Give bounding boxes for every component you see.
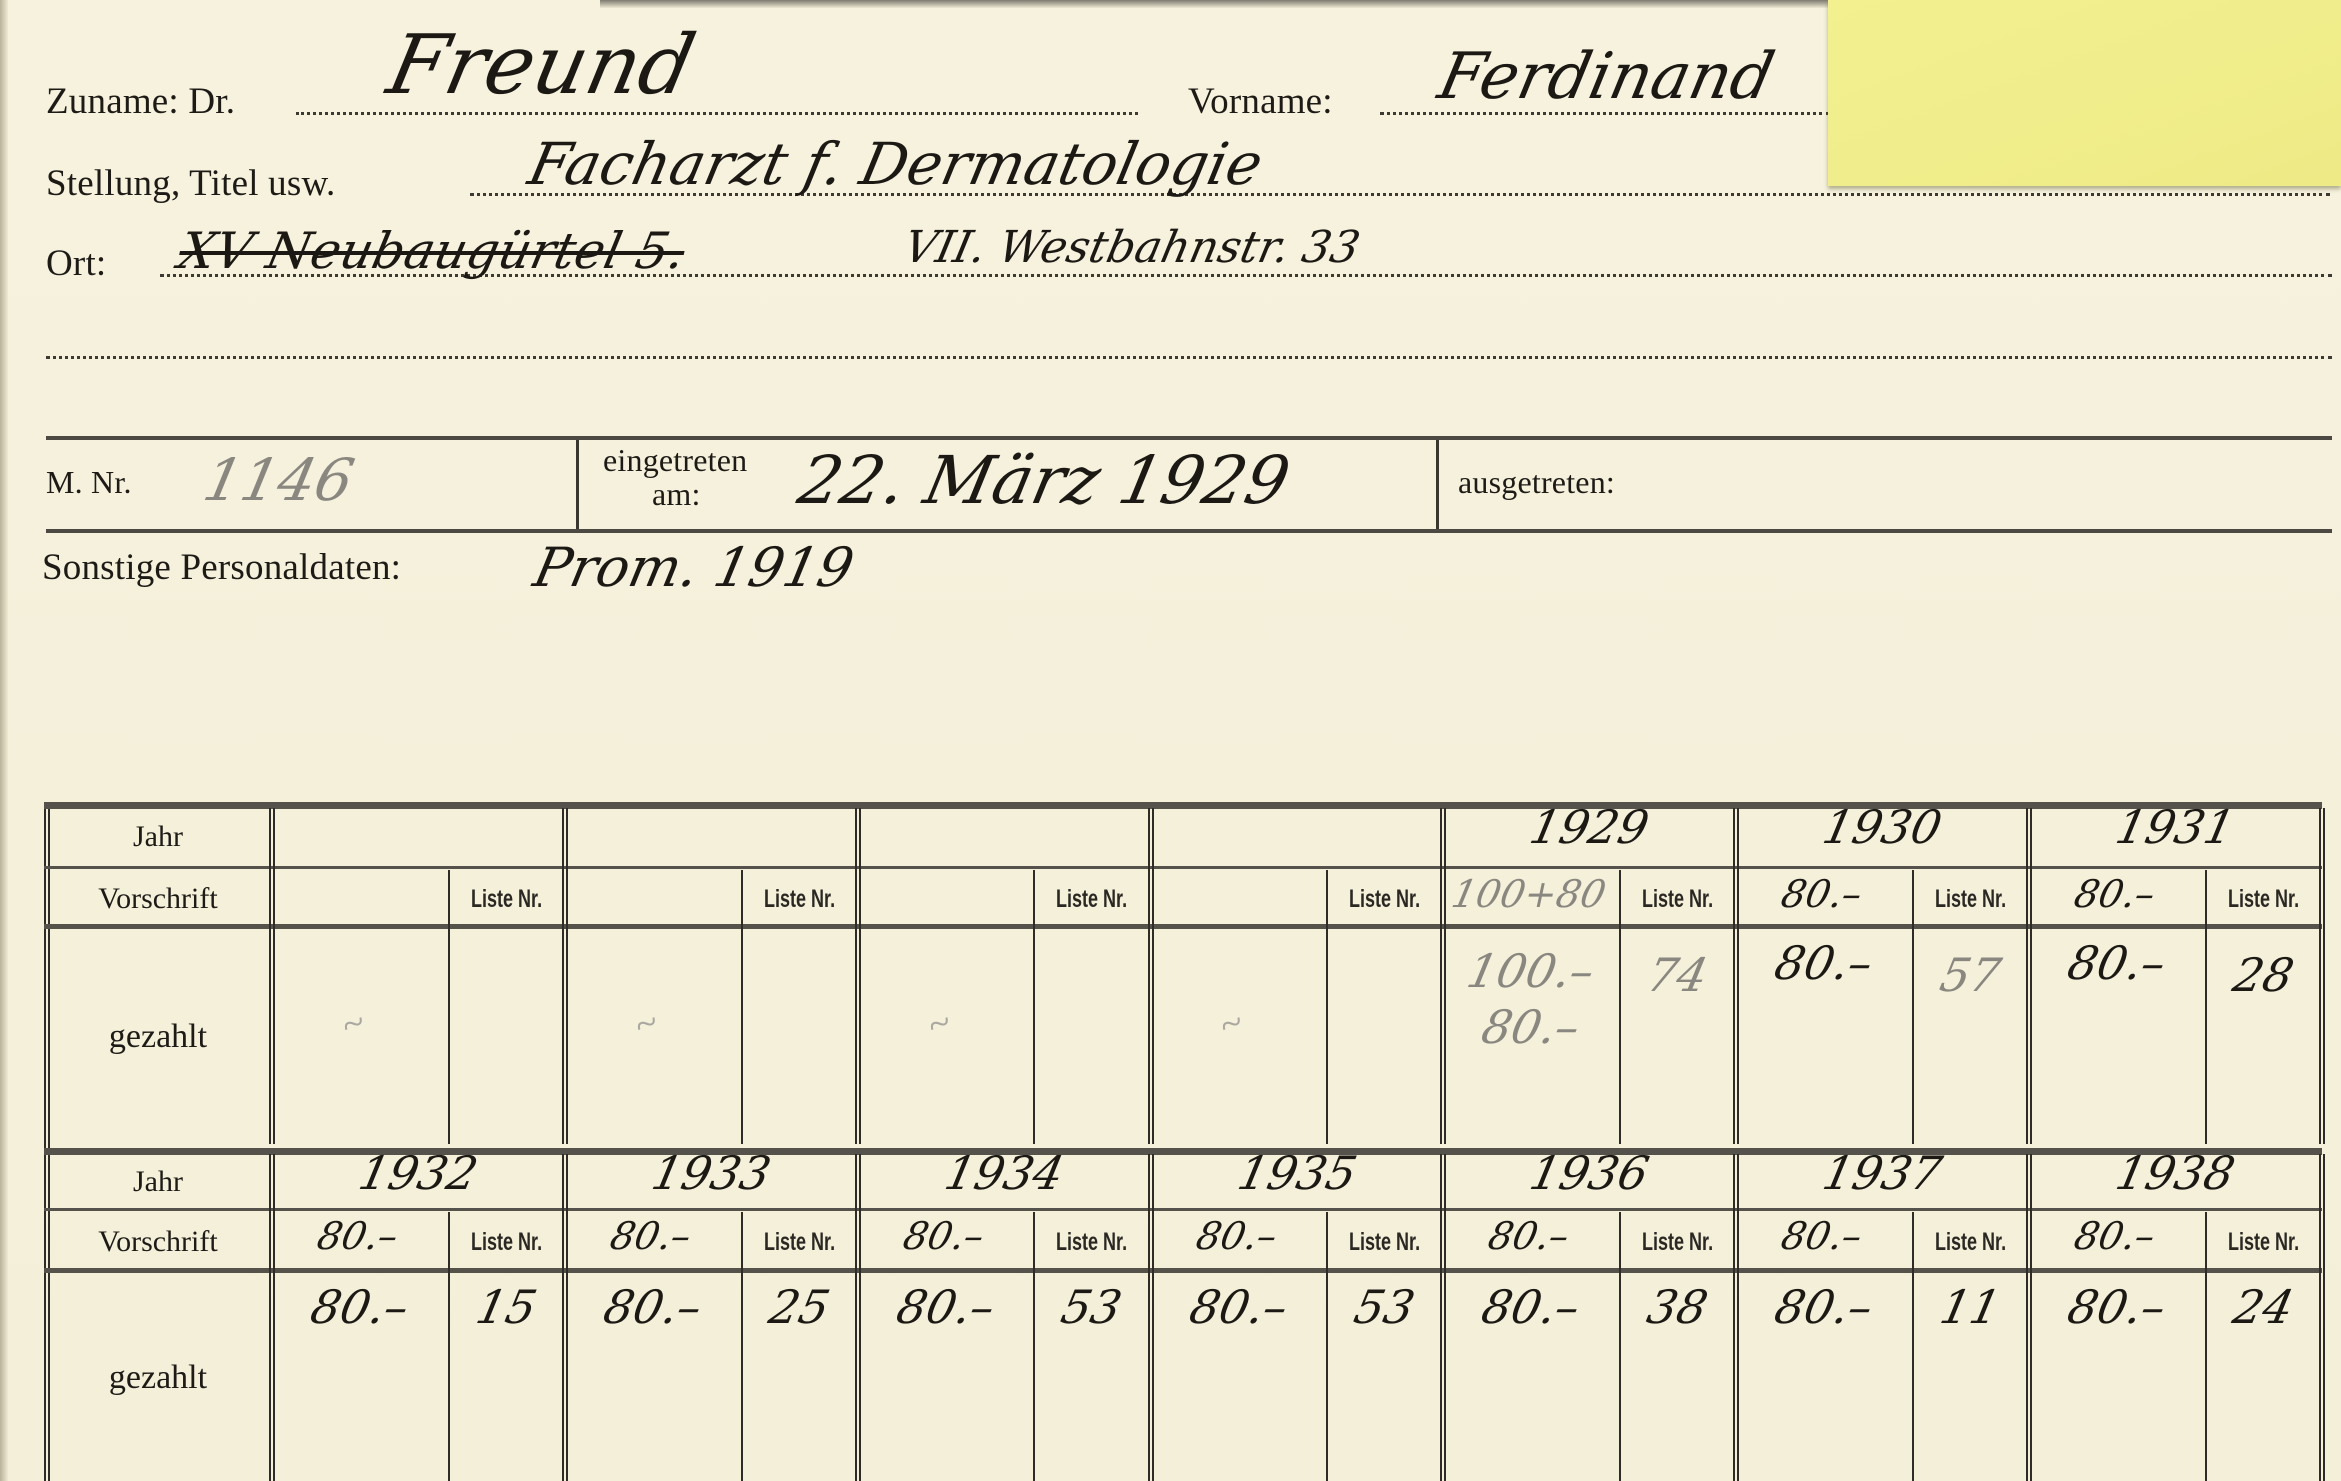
block-1-sub-divider (1033, 870, 1035, 1144)
list-number-1933: 25 (735, 1280, 864, 1334)
block-2-requirement-label: Vorschrift (44, 1212, 272, 1272)
requirement-1936: 80.– (1447, 1214, 1612, 1258)
block-1-requirement-label: Vorschrift (44, 870, 272, 928)
membership-top-rule (46, 436, 2332, 440)
block-1-col-divider (562, 808, 568, 1144)
membership-divider-1 (576, 440, 579, 529)
list-number-header: Liste Nr. (1050, 870, 1134, 928)
other-data-value: Prom. 1919 (528, 536, 859, 599)
paid-1936: 80.– (1438, 1280, 1625, 1334)
list-number-1932: 15 (442, 1280, 571, 1334)
left-label: ausgetreten: (1458, 464, 1615, 501)
membership-divider-2 (1436, 440, 1439, 529)
block-1-year-label: Jahr (44, 808, 272, 866)
list-number-header: Liste Nr. (757, 1212, 841, 1272)
list-number-1930: 57 (1906, 948, 2035, 1002)
list-number-1935: 53 (1321, 1280, 1450, 1334)
list-number-1931: 28 (2199, 948, 2328, 1002)
list-number-1929: 74 (1613, 948, 1742, 1002)
block-1-sub-divider (741, 870, 743, 1144)
paid-dash-mark: ~ (920, 998, 956, 1050)
paid-dash-mark: ~ (1213, 998, 1249, 1050)
year-1936: 1936 (1438, 1146, 1742, 1200)
list-number-header: Liste Nr. (1343, 1212, 1427, 1272)
block-1-col-divider (1148, 808, 1154, 1144)
year-1938: 1938 (2023, 1146, 2327, 1200)
card-top-shadow (600, 0, 1830, 8)
block-1-paid-label: gezahlt (44, 930, 272, 1144)
paid-1929-1: 80.– (1438, 1000, 1625, 1054)
place-label: Ort: (46, 242, 106, 285)
requirement-1931: 80.– (2032, 872, 2197, 916)
requirement-1938: 80.– (2032, 1214, 2197, 1258)
joined-value: 22. März 1929 (792, 442, 1297, 519)
block-2-sub-divider (1912, 1212, 1914, 1481)
block-2-sub-divider (1033, 1212, 1035, 1481)
list-number-header: Liste Nr. (1343, 870, 1427, 928)
paid-1935: 80.– (1145, 1280, 1332, 1334)
requirement-1935: 80.– (1154, 1214, 1319, 1258)
block-1-sub-divider (2205, 870, 2207, 1144)
block-1-col-divider (855, 808, 861, 1144)
requirement-1933: 80.– (568, 1214, 733, 1258)
list-number-1934: 53 (1028, 1280, 1157, 1334)
card-edge-shadow (0, 0, 8, 1481)
block-1-col-divider (269, 808, 275, 1144)
list-number-header: Liste Nr. (1636, 870, 1720, 928)
list-number-header: Liste Nr. (1928, 1212, 2012, 1272)
block-1-right-border (2319, 808, 2325, 1144)
joined-label-line2: am: (652, 476, 701, 513)
block-2-sub-divider (741, 1212, 743, 1481)
paid-1933: 80.– (559, 1280, 746, 1334)
block-1-sub-divider (1326, 870, 1328, 1144)
sticky-note (1828, 0, 2341, 186)
list-number-header: Liste Nr. (1636, 1212, 1720, 1272)
block-2-sub-divider (2205, 1212, 2207, 1481)
member-number-label: M. Nr. (46, 464, 132, 501)
paid-1929-0: 100.– (1438, 944, 1625, 998)
year-1935: 1935 (1145, 1146, 1449, 1200)
list-number-1936: 38 (1613, 1280, 1742, 1334)
dues-table: JahrVorschriftgezahltListe Nr.~Liste Nr.… (44, 800, 2322, 1481)
place-old-value: XV Neubaugürtel 5. (174, 222, 691, 280)
position-value: Facharzt f. Dermatologie (523, 130, 1269, 198)
block-1-sub-divider (1912, 870, 1914, 1144)
firstname-value: Ferdinand (1432, 40, 1780, 114)
surname-label: Zuname: Dr. (46, 80, 235, 123)
block-1-year-rule (44, 866, 2322, 869)
paid-1937: 80.– (1731, 1280, 1918, 1334)
block-2-paid-label: gezahlt (44, 1274, 272, 1481)
year-1933: 1933 (559, 1146, 863, 1200)
year-1929: 1929 (1438, 800, 1742, 854)
block-2-right-border (2319, 1154, 2325, 1481)
paid-1938: 80.– (2023, 1280, 2210, 1334)
paid-1934: 80.– (852, 1280, 1039, 1334)
year-1932: 1932 (266, 1146, 570, 1200)
year-1937: 1937 (1731, 1146, 2035, 1200)
member-number-value: 1146 (198, 446, 360, 514)
paid-dash-mark: ~ (334, 998, 370, 1050)
requirement-1934: 80.– (861, 1214, 1026, 1258)
block-2-sub-divider (1619, 1212, 1621, 1481)
position-label: Stellung, Titel usw. (46, 162, 335, 205)
paid-1931: 80.– (2023, 936, 2210, 990)
firstname-label: Vorname: (1188, 80, 1333, 123)
year-1934: 1934 (852, 1146, 1156, 1200)
list-number-header: Liste Nr. (2221, 1212, 2305, 1272)
paid-1932: 80.– (266, 1280, 453, 1334)
block-2-sub-divider (448, 1212, 450, 1481)
list-number-header: Liste Nr. (464, 870, 548, 928)
list-number-header: Liste Nr. (1928, 870, 2012, 928)
list-number-header: Liste Nr. (464, 1212, 548, 1272)
block-2-year-rule (44, 1208, 2322, 1211)
blank-dotted-line (46, 356, 2332, 359)
surname-value: Freund (380, 18, 703, 113)
membership-bottom-rule (46, 529, 2332, 533)
membership-card: Zuname: Dr. Freund Vorname: Ferdinand St… (0, 0, 2341, 1481)
requirement-1930: 80.– (1740, 872, 1905, 916)
year-1930: 1930 (1731, 800, 2035, 854)
list-number-header: Liste Nr. (757, 870, 841, 928)
paid-dash-mark: ~ (627, 998, 663, 1050)
block-2-year-label: Jahr (44, 1154, 272, 1210)
year-1931: 1931 (2023, 800, 2327, 854)
list-number-1937: 11 (1906, 1280, 2035, 1334)
requirement-1937: 80.– (1740, 1214, 1905, 1258)
requirement-1929: 100+80 (1447, 872, 1612, 916)
list-number-header: Liste Nr. (1050, 1212, 1134, 1272)
joined-label-line1: eingetreten (603, 442, 747, 479)
paid-1930: 80.– (1731, 936, 1918, 990)
list-number-1938: 24 (2199, 1280, 2328, 1334)
place-new-value: VII. Westbahnstr. 33 (900, 222, 1365, 273)
block-1-sub-divider (448, 870, 450, 1144)
list-number-header: Liste Nr. (2221, 870, 2305, 928)
requirement-1932: 80.– (275, 1214, 440, 1258)
other-data-label: Sonstige Personaldaten: (42, 546, 401, 589)
block-2-sub-divider (1326, 1212, 1328, 1481)
